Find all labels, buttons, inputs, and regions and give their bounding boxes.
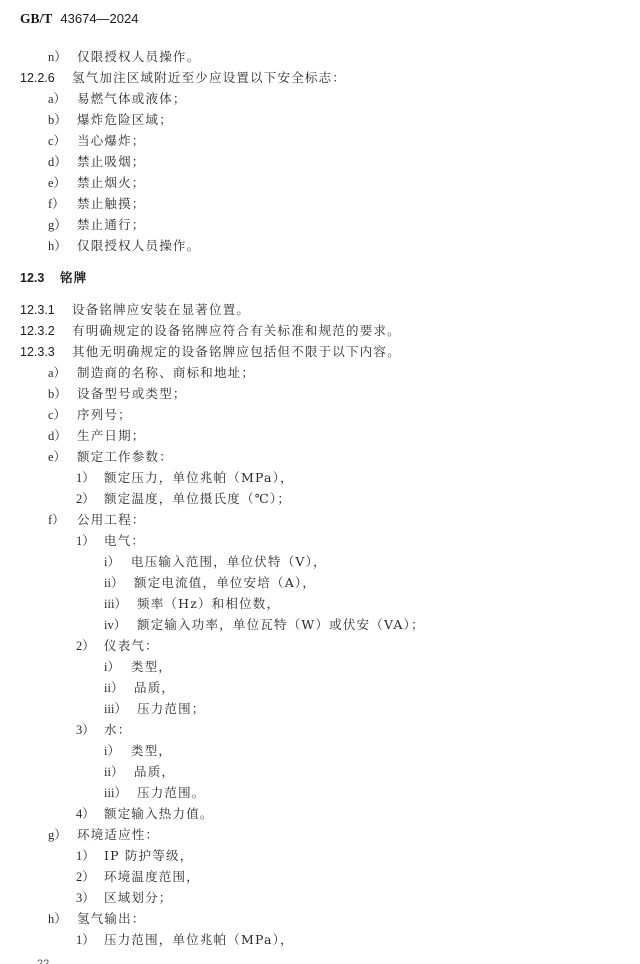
line-text: 仪表气： xyxy=(104,636,159,656)
list-marker: 3） xyxy=(76,888,95,908)
line-text: 压力范围，单位兆帕（MPa）， xyxy=(104,930,294,950)
list-marker: c） xyxy=(48,131,66,151)
list-marker: c） xyxy=(48,405,66,425)
list-marker: f） xyxy=(48,194,65,214)
line-text: 禁止触摸； xyxy=(77,194,146,214)
line-text: 禁止烟火； xyxy=(77,173,146,193)
line-text: 额定输入功率，单位瓦特（W）或伏安（VA）； xyxy=(137,615,425,635)
line-text: 序列号； xyxy=(77,405,132,425)
line-text: 生产日期； xyxy=(77,426,146,446)
document-header: GB/T 43674—2024 xyxy=(20,11,138,27)
line-text: 环境温度范围， xyxy=(104,867,200,887)
list-marker: d） xyxy=(48,152,67,172)
standard-prefix: GB/T xyxy=(20,11,52,26)
line-text: 当心爆炸； xyxy=(77,131,146,151)
list-marker: ii） xyxy=(104,573,123,593)
list-marker: h） xyxy=(48,909,67,929)
line-text: 制造商的名称、商标和地址； xyxy=(77,363,255,383)
line-text: 其他无明确规定的设备铭牌应包括但不限于以下内容。 xyxy=(72,342,401,362)
line-text: 公用工程： xyxy=(77,510,146,530)
line-text: 压力范围。 xyxy=(137,783,206,803)
line-text: 额定电流值，单位安培（A）， xyxy=(134,573,316,593)
list-marker: 2） xyxy=(76,489,95,509)
list-marker: ii） xyxy=(104,762,123,782)
line-text: 有明确规定的设备铭牌应符合有关标准和规范的要求。 xyxy=(72,321,401,341)
list-marker: 1） xyxy=(76,468,95,488)
line-text: 禁止通行； xyxy=(77,215,146,235)
list-marker: 4） xyxy=(76,804,95,824)
clause-number: 12.3.1 xyxy=(20,300,55,320)
line-text: 氢气输出： xyxy=(77,909,146,929)
list-marker: 1） xyxy=(76,531,95,551)
line-text: 额定输入热力值。 xyxy=(104,804,214,824)
list-marker: e） xyxy=(48,447,66,467)
line-text: 水： xyxy=(104,720,131,740)
clause-number: 12.3.3 xyxy=(20,342,55,362)
list-marker: 1） xyxy=(76,930,95,950)
list-marker: i） xyxy=(104,552,120,572)
line-text: 电压输入范围，单位伏特（V）， xyxy=(131,552,327,572)
clause-number: 12.3.2 xyxy=(20,321,55,341)
standard-number: 43674—2024 xyxy=(60,11,138,26)
list-marker: 2） xyxy=(76,636,95,656)
line-text: 设备型号或类型； xyxy=(77,384,187,404)
list-marker: g） xyxy=(48,215,67,235)
list-marker: a） xyxy=(48,89,66,109)
list-marker: h） xyxy=(48,236,67,256)
list-marker: e） xyxy=(48,173,66,193)
list-marker: b） xyxy=(48,110,67,130)
list-marker: iii） xyxy=(104,699,127,719)
line-text: 压力范围； xyxy=(137,699,206,719)
list-marker: d） xyxy=(48,426,67,446)
line-text: 仅限授权人员操作。 xyxy=(77,47,200,67)
line-text: 类型， xyxy=(131,741,172,761)
line-text: 品质， xyxy=(134,762,175,782)
list-marker: a） xyxy=(48,363,66,383)
list-marker: i） xyxy=(104,741,120,761)
list-marker: iv） xyxy=(104,615,126,635)
line-text: 环境适应性： xyxy=(77,825,159,845)
page-number: 22 xyxy=(37,958,49,964)
line-text: 禁止吸烟； xyxy=(77,152,146,172)
line-text: 爆炸危险区域； xyxy=(77,110,173,130)
list-marker: b） xyxy=(48,384,67,404)
line-text: 额定工作参数： xyxy=(77,447,173,467)
line-text: 频率（Hz）和相位数， xyxy=(137,594,280,614)
list-marker: iii） xyxy=(104,594,127,614)
clause-number: 12.2.6 xyxy=(20,68,55,88)
list-marker: 1） xyxy=(76,846,95,866)
line-text: 仅限授权人员操作。 xyxy=(77,236,200,256)
list-marker: 2） xyxy=(76,867,95,887)
line-text: 额定温度，单位摄氏度（℃）； xyxy=(104,489,291,509)
clause-number: 12.3 xyxy=(20,268,44,288)
list-marker: iii） xyxy=(104,783,127,803)
list-marker: n） xyxy=(48,47,67,67)
list-marker: g） xyxy=(48,825,67,845)
line-text: 氢气加注区域附近至少应设置以下安全标志： xyxy=(72,68,346,88)
line-text: 类型， xyxy=(131,657,172,677)
line-text: IP 防护等级， xyxy=(104,846,193,866)
line-text: 电气： xyxy=(104,531,145,551)
line-text: 区域划分； xyxy=(104,888,173,908)
line-text: 易燃气体或液体； xyxy=(77,89,187,109)
line-text: 品质， xyxy=(134,678,175,698)
list-marker: f） xyxy=(48,510,65,530)
list-marker: 3） xyxy=(76,720,95,740)
line-text: 设备铭牌应安装在显著位置。 xyxy=(72,300,250,320)
line-text: 额定压力，单位兆帕（MPa）， xyxy=(104,468,294,488)
list-marker: i） xyxy=(104,657,120,677)
section-title: 铭牌 xyxy=(60,268,87,288)
list-marker: ii） xyxy=(104,678,123,698)
